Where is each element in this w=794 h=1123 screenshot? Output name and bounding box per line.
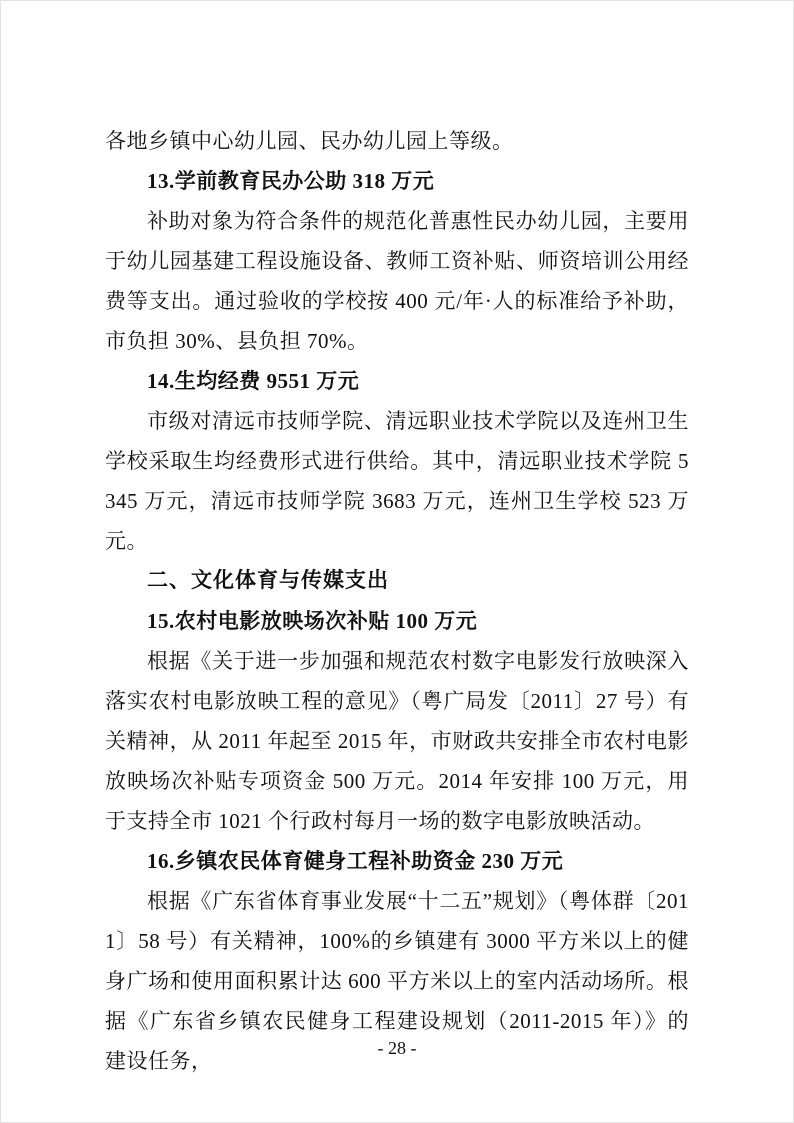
section-2-heading: 二、文化体育与传媒支出 (105, 561, 689, 601)
page-number: - 28 - (0, 1036, 794, 1060)
item-13-body: 补助对象为符合条件的规范化普惠性民办幼儿园，主要用于幼儿园基建工程设施设备、教师… (105, 201, 689, 361)
document-page: 各地乡镇中心幼儿园、民办幼儿园上等级。 13.学前教育民办公助 318 万元 补… (0, 0, 794, 1123)
item-14-heading: 14.生均经费 9551 万元 (105, 361, 689, 401)
paragraph-continuation: 各地乡镇中心幼儿园、民办幼儿园上等级。 (105, 121, 689, 161)
item-16-heading: 16.乡镇农民体育健身工程补助资金 230 万元 (105, 841, 689, 881)
item-15-heading: 15.农村电影放映场次补贴 100 万元 (105, 601, 689, 641)
document-content: 各地乡镇中心幼儿园、民办幼儿园上等级。 13.学前教育民办公助 318 万元 补… (105, 121, 689, 1081)
item-15-body: 根据《关于进一步加强和规范农村数字电影发行放映深入落实农村电影放映工程的意见》（… (105, 641, 689, 841)
item-13-heading: 13.学前教育民办公助 318 万元 (105, 161, 689, 201)
item-14-body: 市级对清远市技师学院、清远职业技术学院以及连州卫生学校采取生均经费形式进行供给。… (105, 401, 689, 561)
